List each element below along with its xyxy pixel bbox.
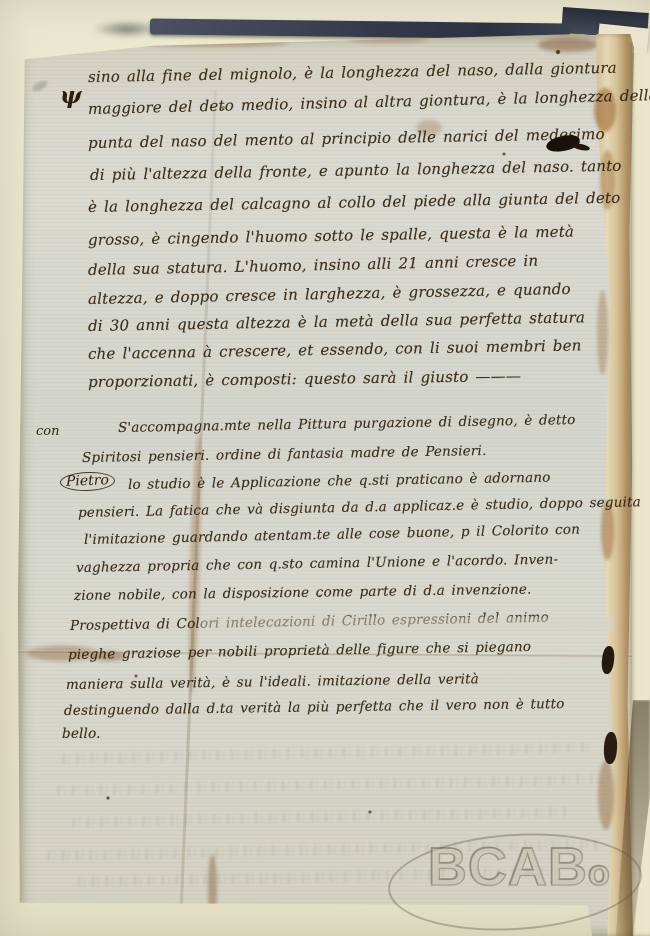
rust-stain (594, 88, 616, 132)
manuscript-photo: ψ sino alla fine del mignolo, è la longh… (0, 0, 650, 936)
rust-stain (598, 760, 614, 830)
rust-stain (601, 500, 614, 560)
stain (416, 120, 442, 136)
manuscript-page (18, 34, 632, 936)
stain (138, 38, 288, 47)
foxing-speckles (18, 34, 632, 936)
stain (208, 854, 217, 924)
crease-fade (200, 615, 614, 632)
rust-stain (597, 290, 608, 375)
stain (538, 38, 598, 52)
rust-stain (600, 150, 615, 210)
